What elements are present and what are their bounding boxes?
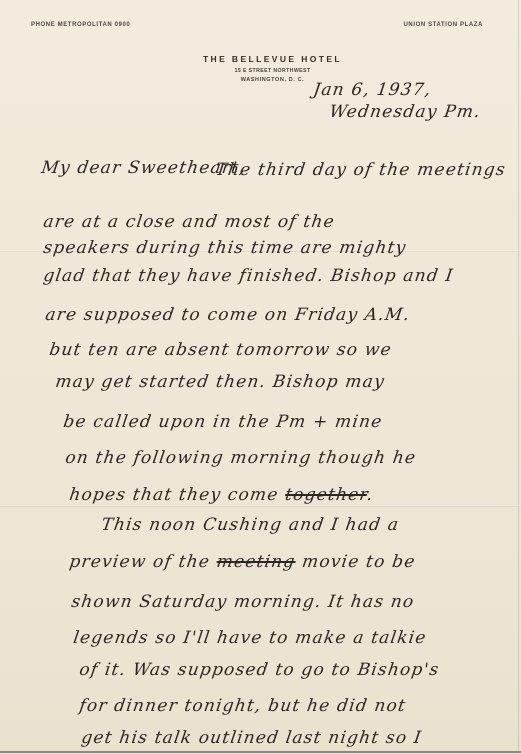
letter-line: are supposed to come on Friday A.M.	[44, 305, 412, 325]
letter-line: legends so I'll have to make a talkie	[72, 628, 428, 648]
struck-word: together	[284, 485, 369, 505]
letter-line: The third day of the meetings	[214, 160, 507, 180]
letter-line: glad that they have finished. Bishop and…	[42, 266, 455, 286]
letter-line: for dinner tonight, but he did not	[78, 696, 407, 716]
letter-line: of it. Was supposed to go to Bishop's	[78, 660, 441, 680]
letterhead-phone: Phone METropolitan 0900	[31, 22, 130, 28]
letter-line: speakers during this time are mighty	[42, 238, 408, 258]
letter-line: hopes that they come together.	[68, 485, 375, 505]
letter-page: Phone METropolitan 0900 Union Station Pl…	[0, 0, 521, 754]
paper-right-edge	[518, 0, 519, 754]
letter-line: but ten are absent tomorrow so we	[48, 340, 393, 360]
letterhead: THE BELLEVUE HOTEL 15 E STREET NORTHWEST…	[0, 54, 521, 83]
letter-line: are at a close and most of the	[42, 212, 336, 232]
letterhead-location: Union Station Plaza	[403, 22, 483, 28]
letter-line: get his talk outlined last night so I	[80, 728, 423, 748]
fold-crease	[0, 505, 521, 507]
weekday-line: Wednesday Pm.	[328, 102, 482, 122]
letter-line: be called upon in the Pm + mine	[62, 412, 384, 432]
letter-line: shown Saturday morning. It has no	[70, 592, 416, 612]
letter-line: This noon Cushing and I had a	[100, 515, 401, 535]
letter-line: may get started then. Bishop may	[54, 372, 386, 392]
letter-line: preview of the meeting movie to be	[68, 552, 417, 572]
date-line: Jan 6, 1937,	[312, 80, 433, 100]
paper-bottom-edge	[0, 751, 521, 753]
hotel-street: 15 E STREET NORTHWEST	[24, 68, 521, 74]
hotel-name: THE BELLEVUE HOTEL	[24, 54, 521, 64]
letter-line: on the following morning though he	[64, 448, 418, 468]
hotel-city: WASHINGTON, D. C.	[24, 77, 521, 83]
struck-word: meeting	[215, 552, 297, 572]
